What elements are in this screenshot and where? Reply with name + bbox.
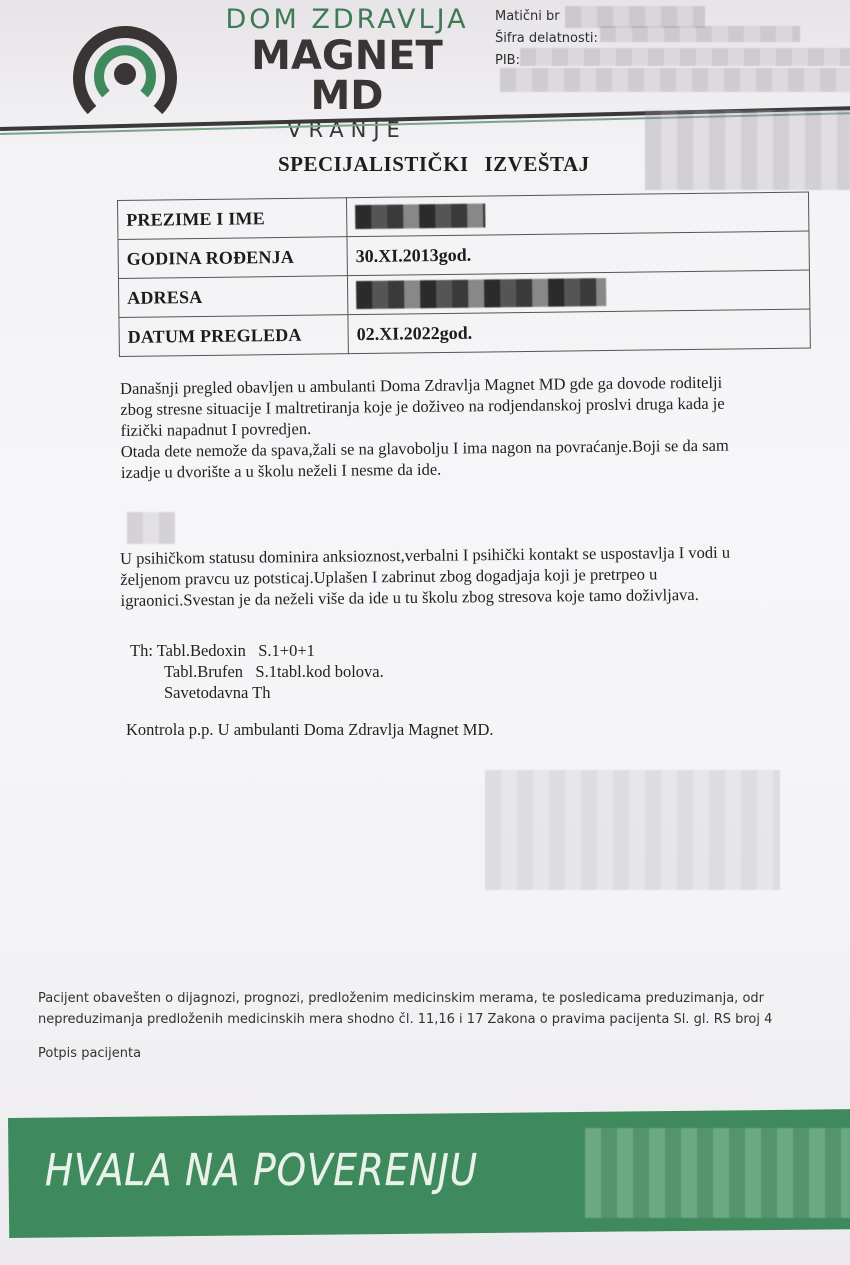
- drug-dose: S.1tabl.kod bolova.: [255, 662, 383, 681]
- therapy-item: Tabl.Brufen S.1tabl.kod bolova.: [130, 661, 384, 682]
- follow-up-note: Kontrola p.p. U ambulanti Doma Zdravlja …: [126, 720, 494, 740]
- field-label: DATUM PREGLEDA: [119, 315, 348, 357]
- text-line: nepreduzimanja predloženih medicinskih m…: [38, 1009, 850, 1030]
- field-label: GODINA ROĐENJA: [118, 237, 347, 279]
- redacted-company-info: [600, 26, 800, 42]
- birth-date-value: 30.XI.2013god.: [347, 231, 809, 276]
- exam-date-value: 02.XI.2022god.: [348, 309, 810, 354]
- drug-name: Tabl.Brufen: [164, 662, 243, 681]
- redacted-address: [356, 278, 606, 309]
- therapy-prefix: Th:: [130, 641, 153, 660]
- redacted-stamp: [645, 110, 850, 190]
- redacted-signature: [485, 770, 780, 890]
- redacted-mark: [127, 512, 175, 544]
- activity-code-label: Šifra delatnosti:: [495, 28, 598, 50]
- field-label: ADRESA: [118, 276, 347, 318]
- drug-name: Tabl.Bedoxin: [157, 641, 246, 660]
- field-label: PREZIME I IME: [118, 198, 347, 240]
- footer-banner-text: HVALA NA POVERENJU: [45, 1145, 478, 1196]
- brand-name: MAGNET MD: [200, 36, 480, 116]
- brand-top-text: DOM ZDRAVLJA: [200, 4, 480, 36]
- table-row: DATUM PREGLEDA 02.XI.2022god.: [119, 309, 810, 356]
- therapy-item: Th: Tabl.Bedoxin S.1+0+1: [130, 640, 384, 661]
- document-title: SPECIJALISTIČKI IZVEŠTAJ: [278, 152, 590, 177]
- document-page: DOM ZDRAVLJA MAGNET MD VRANJE Matični br…: [0, 0, 850, 1265]
- patient-info-table: PREZIME I IME GODINA ROĐENJA 30.XI.2013g…: [117, 192, 811, 357]
- therapy-item: Savetodavna Th: [130, 682, 384, 703]
- signal-ring-logo-icon: [70, 18, 180, 118]
- redacted-company-info: [500, 68, 850, 92]
- patient-signature-label: Potpis pacijenta: [38, 1046, 141, 1061]
- redacted-name: [355, 204, 485, 230]
- redacted-banner-contact: [585, 1128, 850, 1218]
- drug-name: Savetodavna Th: [164, 683, 270, 702]
- therapy-section: Th: Tabl.Bedoxin S.1+0+1 Tabl.Brufen S.1…: [130, 640, 384, 703]
- anamnesis-paragraph: Današnji pregled obavljen u ambulanti Do…: [120, 371, 811, 483]
- text-line: Pacijent obavešten o dijagnozi, prognozi…: [38, 988, 850, 1009]
- address-value: [347, 270, 809, 315]
- patient-name-value: [346, 192, 808, 237]
- drug-dose: S.1+0+1: [258, 641, 315, 660]
- patient-consent-text: Pacijent obavešten o dijagnozi, prognozi…: [38, 988, 850, 1030]
- psychiatric-status-paragraph: U psihičkom statusu dominira anksioznost…: [120, 541, 811, 611]
- redacted-company-info: [520, 48, 850, 66]
- redacted-company-info: [565, 6, 705, 28]
